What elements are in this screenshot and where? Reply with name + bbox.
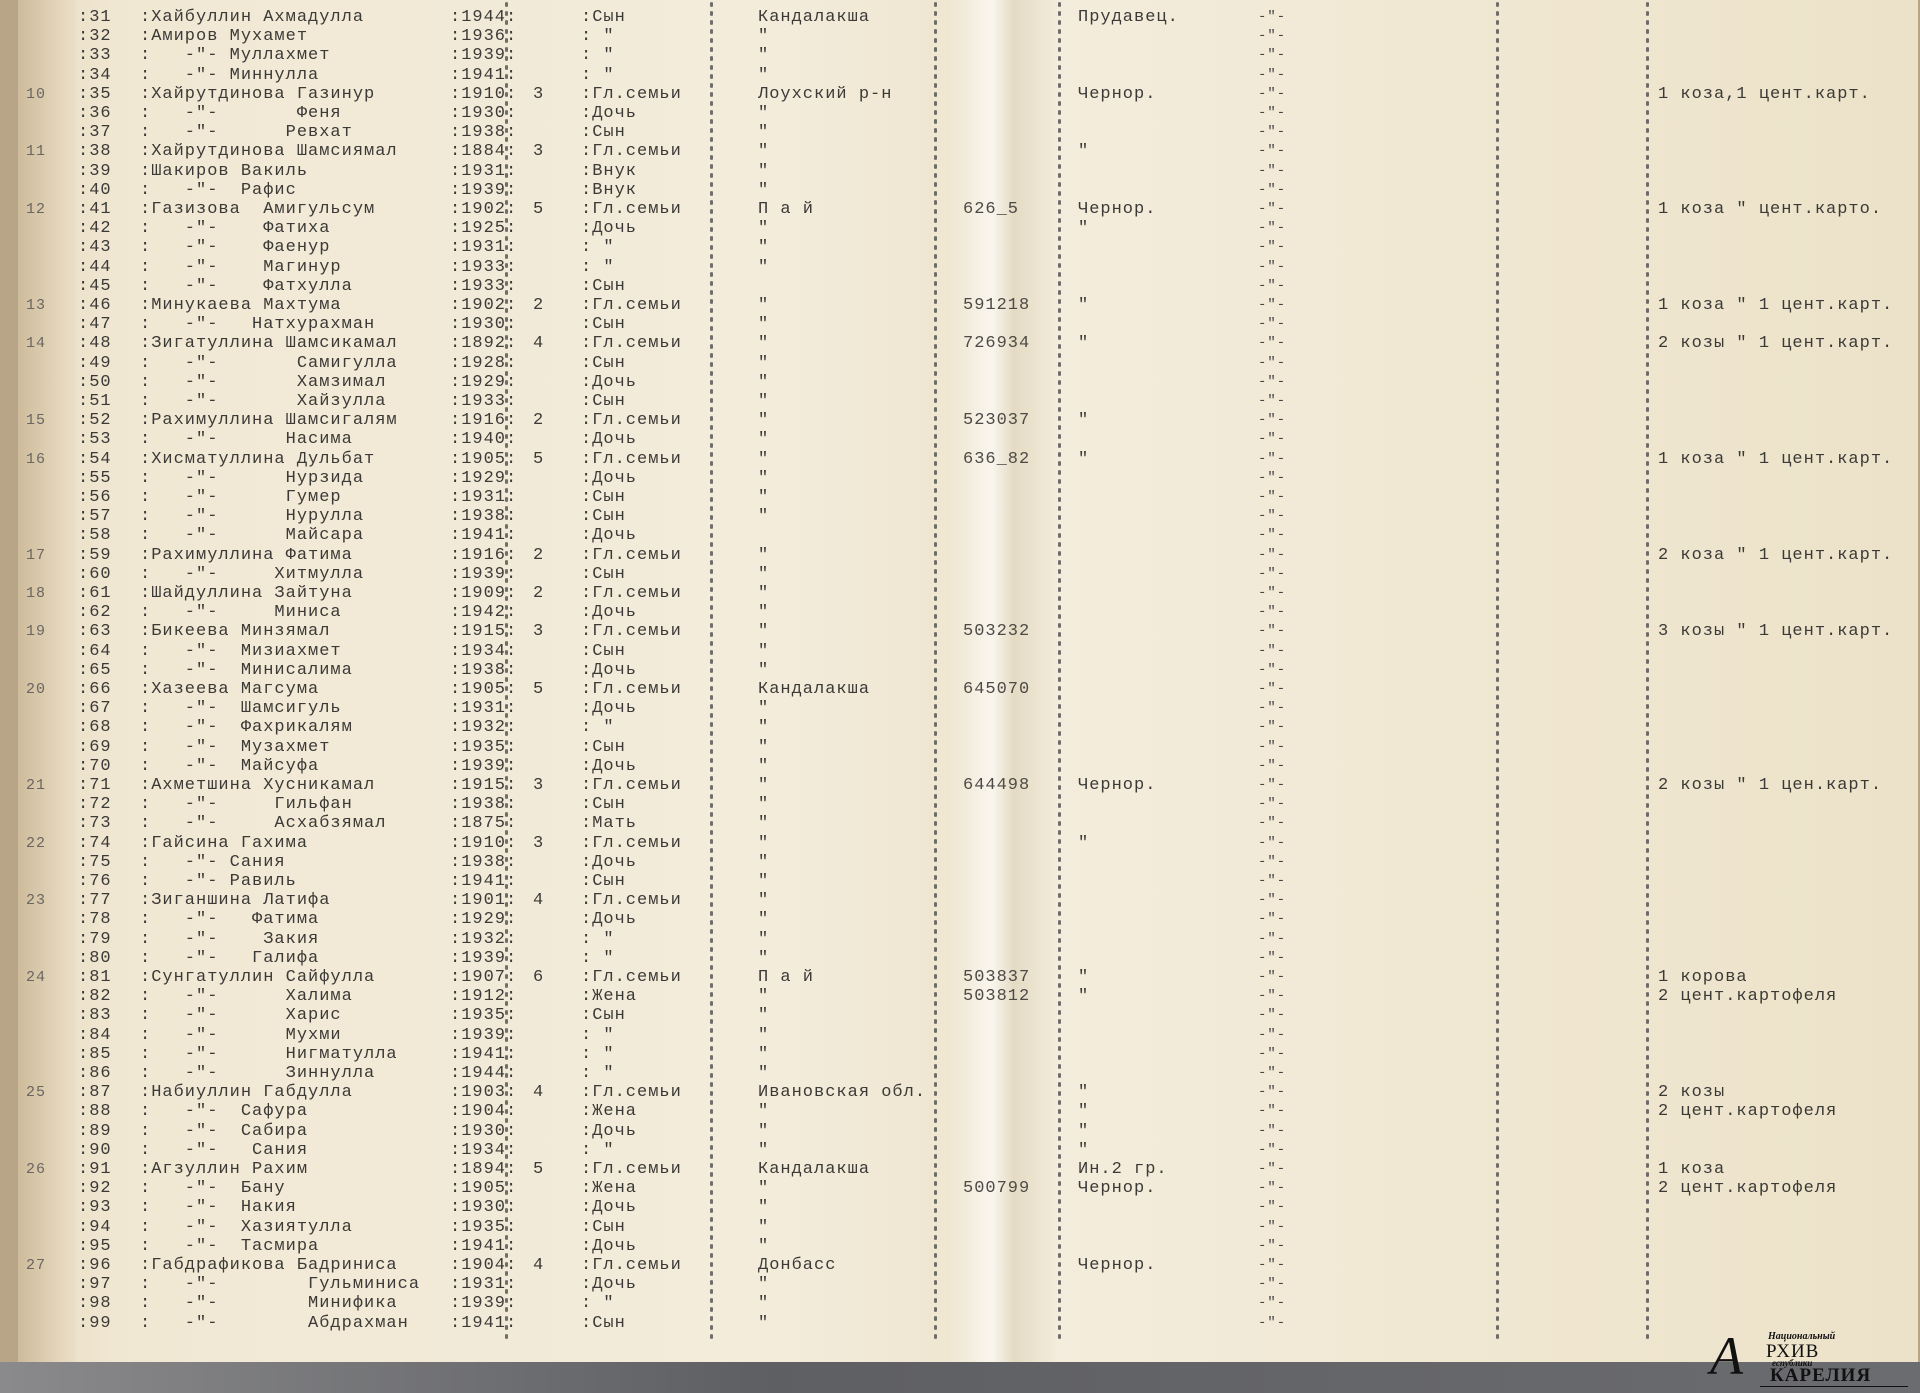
person-name: : -"- Хазиятулла bbox=[140, 1218, 353, 1237]
row-number: :94 bbox=[78, 1218, 112, 1237]
relation: :Дочь bbox=[581, 104, 637, 123]
category: Черноp. bbox=[1078, 776, 1156, 795]
row-number: :67 bbox=[78, 699, 112, 718]
ditto-mark: -"- bbox=[1258, 603, 1286, 622]
arrived-from: " bbox=[758, 296, 769, 315]
property: 2 коза " 1 цент.карт. bbox=[1658, 546, 1893, 565]
ditto-mark: -"- bbox=[1258, 891, 1286, 910]
person-name: : -"- Сания bbox=[140, 1141, 308, 1160]
row-number: :47 bbox=[78, 315, 112, 334]
birth-year: :1938: bbox=[450, 795, 517, 814]
arrived-from: " bbox=[758, 642, 769, 661]
birth-year: :1912: bbox=[450, 987, 517, 1006]
person-name: :Агзуллин Рахим bbox=[140, 1160, 308, 1179]
person-name: : -"- Рафис bbox=[140, 181, 297, 200]
person-name: :Хайрутдинова Шамсиямал bbox=[140, 142, 398, 161]
relation: : " bbox=[581, 949, 615, 968]
person-name: :Газизова Амигульсум bbox=[140, 200, 375, 219]
birth-year: :1931: bbox=[450, 1275, 517, 1294]
relation: :Гл.семьи bbox=[581, 680, 682, 699]
birth-year: :1935: bbox=[450, 738, 517, 757]
person-name: :Зиганшина Латифа bbox=[140, 891, 330, 910]
relation: :Дочь bbox=[581, 469, 637, 488]
birth-year: :1930: bbox=[450, 315, 517, 334]
family-size: 2 bbox=[533, 296, 544, 315]
row-number: :77 bbox=[78, 891, 112, 910]
property: 2 цент.картофеля bbox=[1658, 987, 1837, 1006]
person-name: : -"- Ревхат bbox=[140, 123, 353, 142]
arrived-from: " bbox=[758, 891, 769, 910]
birth-year: :1929: bbox=[450, 373, 517, 392]
birth-year: :1934: bbox=[450, 1141, 517, 1160]
person-name: : -"- Самигулла bbox=[140, 354, 398, 373]
arrived-from: " bbox=[758, 450, 769, 469]
category: " bbox=[1078, 1122, 1089, 1141]
row-number: :89 bbox=[78, 1122, 112, 1141]
relation: :Жена bbox=[581, 1102, 637, 1121]
category: " bbox=[1078, 1141, 1089, 1160]
ditto-mark: -"- bbox=[1258, 968, 1286, 987]
person-name: : -"- Равиль bbox=[140, 872, 297, 891]
relation: :Сын bbox=[581, 8, 626, 27]
property: 1 коза " 1 цент.карт. bbox=[1658, 450, 1893, 469]
person-name: :Минукаева Махтума bbox=[140, 296, 342, 315]
row-number: :48 bbox=[78, 334, 112, 353]
row-number: :60 bbox=[78, 565, 112, 584]
arrived-from: " bbox=[758, 738, 769, 757]
arrived-from: " bbox=[758, 661, 769, 680]
person-name: : -"- Насима bbox=[140, 430, 353, 449]
ditto-mark: -"- bbox=[1258, 1294, 1286, 1313]
arrived-from: " bbox=[758, 565, 769, 584]
relation: :Дочь bbox=[581, 430, 637, 449]
birth-year: :1935: bbox=[450, 1218, 517, 1237]
person-name: : -"- Гульминиса bbox=[140, 1275, 420, 1294]
arrived-from: " bbox=[758, 488, 769, 507]
arrived-from: " bbox=[758, 162, 769, 181]
person-name: : -"- Асхабзямал bbox=[140, 814, 386, 833]
row-number: :56 bbox=[78, 488, 112, 507]
relation: : " bbox=[581, 1045, 615, 1064]
family-number: 19 bbox=[26, 622, 46, 641]
ditto-mark: -"- bbox=[1258, 1083, 1286, 1102]
property: 2 козы " 1 цент.карт. bbox=[1658, 334, 1893, 353]
birth-year: :1935: bbox=[450, 1006, 517, 1025]
person-name: :Амиров Мухамет bbox=[140, 27, 308, 46]
family-number: 18 bbox=[26, 584, 46, 603]
birth-year: :1902: bbox=[450, 296, 517, 315]
row-number: :46 bbox=[78, 296, 112, 315]
relation: : " bbox=[581, 238, 615, 257]
person-name: : -"- Минифика bbox=[140, 1294, 398, 1313]
birth-year: :1875: bbox=[450, 814, 517, 833]
row-number: :41 bbox=[78, 200, 112, 219]
family-number: 24 bbox=[26, 968, 46, 987]
document-number: 523037 bbox=[963, 411, 1030, 430]
relation: :Сын bbox=[581, 565, 626, 584]
arrived-from: " bbox=[758, 930, 769, 949]
birth-year: :1939: bbox=[450, 757, 517, 776]
property: 3 козы " 1 цент.карт. bbox=[1658, 622, 1893, 641]
ditto-mark: -"- bbox=[1258, 411, 1286, 430]
arrived-from: " bbox=[758, 1045, 769, 1064]
ditto-mark: -"- bbox=[1258, 757, 1286, 776]
property: 1 коза,1 цент.карт. bbox=[1658, 85, 1871, 104]
arrived-from: " bbox=[758, 1179, 769, 1198]
ditto-mark: -"- bbox=[1258, 1198, 1286, 1217]
row-number: :83 bbox=[78, 1006, 112, 1025]
row-number: :90 bbox=[78, 1141, 112, 1160]
family-number: 12 bbox=[26, 200, 46, 219]
row-number: :31 bbox=[78, 8, 112, 27]
row-number: :82 bbox=[78, 987, 112, 1006]
category: " bbox=[1078, 834, 1089, 853]
birth-year: :1910: bbox=[450, 834, 517, 853]
property: 1 коза " цент.карто. bbox=[1658, 200, 1882, 219]
ditto-mark: -"- bbox=[1258, 142, 1286, 161]
relation: : " bbox=[581, 1026, 615, 1045]
arrived-from: " bbox=[758, 949, 769, 968]
person-name: : -"- Сабира bbox=[140, 1122, 308, 1141]
row-number: :87 bbox=[78, 1083, 112, 1102]
relation: :Гл.семьи bbox=[581, 584, 682, 603]
ditto-mark: -"- bbox=[1258, 1314, 1286, 1333]
category: Черноp. bbox=[1078, 1256, 1156, 1275]
ditto-mark: -"- bbox=[1258, 642, 1286, 661]
birth-year: :1931: bbox=[450, 162, 517, 181]
relation: :Сын bbox=[581, 277, 626, 296]
ditto-mark: -"- bbox=[1258, 1102, 1286, 1121]
birth-year: :1942: bbox=[450, 603, 517, 622]
birth-year: :1928: bbox=[450, 354, 517, 373]
category: Черноp. bbox=[1078, 200, 1156, 219]
ditto-mark: -"- bbox=[1258, 930, 1286, 949]
person-name: :Ахметшина Хусникамал bbox=[140, 776, 375, 795]
arrived-from: " bbox=[758, 1294, 769, 1313]
relation: :Дочь bbox=[581, 1122, 637, 1141]
column-rule-origin bbox=[934, 0, 937, 1340]
person-name: :Шайдуллина Зайтуна bbox=[140, 584, 353, 603]
arrived-from: " bbox=[758, 1102, 769, 1121]
family-number: 17 bbox=[26, 546, 46, 565]
person-name: : -"- Феня bbox=[140, 104, 342, 123]
category: " bbox=[1078, 968, 1089, 987]
row-number: :43 bbox=[78, 238, 112, 257]
family-number: 11 bbox=[26, 142, 46, 161]
relation: :Жена bbox=[581, 1179, 637, 1198]
person-name: : -"- Шамсигуль bbox=[140, 699, 342, 718]
person-name: :Зигатуллина Шамсикамал bbox=[140, 334, 398, 353]
relation: :Сын bbox=[581, 354, 626, 373]
relation: :Сын bbox=[581, 738, 626, 757]
property: 2 козы bbox=[1658, 1083, 1725, 1102]
relation: :Сын bbox=[581, 123, 626, 142]
ditto-mark: -"- bbox=[1258, 987, 1286, 1006]
family-size: 2 bbox=[533, 546, 544, 565]
row-number: :79 bbox=[78, 930, 112, 949]
person-name: : -"- Галифа bbox=[140, 949, 319, 968]
person-name: :Хисматуллина Дульбат bbox=[140, 450, 375, 469]
relation: :Дочь bbox=[581, 699, 637, 718]
family-number: 21 bbox=[26, 776, 46, 795]
arrived-from: " bbox=[758, 104, 769, 123]
ditto-mark: -"- bbox=[1258, 8, 1286, 27]
arrived-from: " bbox=[758, 334, 769, 353]
row-number: :92 bbox=[78, 1179, 112, 1198]
row-number: :44 bbox=[78, 258, 112, 277]
ditto-mark: -"- bbox=[1258, 85, 1286, 104]
person-name: :Набиуллин Габдулла bbox=[140, 1083, 353, 1102]
person-name: :Хазеева Магсума bbox=[140, 680, 319, 699]
ditto-mark: -"- bbox=[1258, 296, 1286, 315]
birth-year: :1944: bbox=[450, 1064, 517, 1083]
birth-year: :1884: bbox=[450, 142, 517, 161]
person-name: : -"- Фатиха bbox=[140, 219, 330, 238]
family-size: 2 bbox=[533, 411, 544, 430]
arrived-from: " bbox=[758, 27, 769, 46]
row-number: :52 bbox=[78, 411, 112, 430]
birth-year: :1909: bbox=[450, 584, 517, 603]
person-name: : -"- Майсара bbox=[140, 526, 364, 545]
birth-year: :1938: bbox=[450, 853, 517, 872]
person-name: : -"- Мухми bbox=[140, 1026, 342, 1045]
row-number: :78 bbox=[78, 910, 112, 929]
family-number: 20 bbox=[26, 680, 46, 699]
ditto-mark: -"- bbox=[1258, 1275, 1286, 1294]
person-name: : -"- Минисалима bbox=[140, 661, 353, 680]
relation: :Сын bbox=[581, 872, 626, 891]
row-number: :55 bbox=[78, 469, 112, 488]
row-number: :38 bbox=[78, 142, 112, 161]
person-name: :Гайсина Гахима bbox=[140, 834, 308, 853]
family-number: 22 bbox=[26, 834, 46, 853]
ditto-mark: -"- bbox=[1258, 1122, 1286, 1141]
birth-year: :1904: bbox=[450, 1256, 517, 1275]
relation: :Гл.семьи bbox=[581, 1256, 682, 1275]
arrived-from: " bbox=[758, 1026, 769, 1045]
relation: :Гл.семьи bbox=[581, 776, 682, 795]
row-number: :80 bbox=[78, 949, 112, 968]
person-name: : -"- Гумер bbox=[140, 488, 342, 507]
arrived-from: Кандалакша bbox=[758, 680, 870, 699]
ditto-mark: -"- bbox=[1258, 584, 1286, 603]
family-size: 4 bbox=[533, 891, 544, 910]
birth-year: :1910: bbox=[450, 85, 517, 104]
category: " bbox=[1078, 142, 1089, 161]
relation: :Гл.семьи bbox=[581, 450, 682, 469]
row-number: :95 bbox=[78, 1237, 112, 1256]
family-number: 15 bbox=[26, 411, 46, 430]
birth-year: :1940: bbox=[450, 430, 517, 449]
family-size: 3 bbox=[533, 834, 544, 853]
person-name: :Сунгатуллин Сайфулла bbox=[140, 968, 375, 987]
ditto-mark: -"- bbox=[1258, 430, 1286, 449]
property: 2 цент.картофеля bbox=[1658, 1102, 1837, 1121]
document-number: 503232 bbox=[963, 622, 1030, 641]
person-name: : -"- Зиннулла bbox=[140, 1064, 375, 1083]
arrived-from: " bbox=[758, 699, 769, 718]
relation: :Дочь bbox=[581, 603, 637, 622]
ditto-mark: -"- bbox=[1258, 277, 1286, 296]
family-number: 10 bbox=[26, 85, 46, 104]
document-number: 500799 bbox=[963, 1179, 1030, 1198]
ditto-mark: -"- bbox=[1258, 66, 1286, 85]
relation: :Гл.семьи bbox=[581, 200, 682, 219]
category: " bbox=[1078, 296, 1089, 315]
ditto-mark: -"- bbox=[1258, 373, 1286, 392]
family-number: 25 bbox=[26, 1083, 46, 1102]
arrived-from: " bbox=[758, 373, 769, 392]
birth-year: :1916: bbox=[450, 546, 517, 565]
arrived-from: " bbox=[758, 853, 769, 872]
row-number: :59 bbox=[78, 546, 112, 565]
person-name: : -"- Хамзимал bbox=[140, 373, 386, 392]
relation: : " bbox=[581, 1141, 615, 1160]
arrived-from: " bbox=[758, 834, 769, 853]
property: 1 коза " 1 цент.карт. bbox=[1658, 296, 1893, 315]
document-page: :31:Хайбуллин Ахмадулла:1944::СынКандала… bbox=[18, 0, 1918, 1362]
category: Ин.2 гр. bbox=[1078, 1160, 1168, 1179]
family-size: 3 bbox=[533, 622, 544, 641]
row-number: :64 bbox=[78, 642, 112, 661]
arrived-from: " bbox=[758, 814, 769, 833]
arrived-from: П а й bbox=[758, 200, 814, 219]
family-number: 13 bbox=[26, 296, 46, 315]
ditto-mark: -"- bbox=[1258, 776, 1286, 795]
row-number: :93 bbox=[78, 1198, 112, 1217]
relation: : " bbox=[581, 258, 615, 277]
birth-year: :1938: bbox=[450, 123, 517, 142]
family-size: 5 bbox=[533, 200, 544, 219]
arrived-from: " bbox=[758, 238, 769, 257]
ditto-mark: -"- bbox=[1258, 1026, 1286, 1045]
relation: :Сын bbox=[581, 392, 626, 411]
relation: :Сын bbox=[581, 507, 626, 526]
arrived-from: " bbox=[758, 411, 769, 430]
arrived-from: " bbox=[758, 1198, 769, 1217]
column-rule-property bbox=[1646, 0, 1649, 1340]
relation: :Дочь bbox=[581, 661, 637, 680]
document-number: 503837 bbox=[963, 968, 1030, 987]
category: Прудавец. bbox=[1078, 8, 1179, 27]
arrived-from: Кандалакша bbox=[758, 1160, 870, 1179]
row-number: :98 bbox=[78, 1294, 112, 1313]
ditto-mark: -"- bbox=[1258, 910, 1286, 929]
relation: :Гл.семьи bbox=[581, 834, 682, 853]
row-number: :58 bbox=[78, 526, 112, 545]
arrived-from: " bbox=[758, 507, 769, 526]
arrived-from: " bbox=[758, 1218, 769, 1237]
row-number: :65 bbox=[78, 661, 112, 680]
arrived-from: " bbox=[758, 1314, 769, 1333]
row-number: :86 bbox=[78, 1064, 112, 1083]
person-name: :Хайбуллин Ахмадулла bbox=[140, 8, 364, 27]
birth-year: :1936: bbox=[450, 27, 517, 46]
birth-year: :1938: bbox=[450, 661, 517, 680]
row-number: :39 bbox=[78, 162, 112, 181]
row-number: :32 bbox=[78, 27, 112, 46]
birth-year: :1939: bbox=[450, 46, 517, 65]
ditto-mark: -"- bbox=[1258, 1256, 1286, 1275]
birth-year: :1941: bbox=[450, 526, 517, 545]
relation: : " bbox=[581, 46, 615, 65]
birth-year: :1915: bbox=[450, 622, 517, 641]
ditto-mark: -"- bbox=[1258, 1179, 1286, 1198]
birth-year: :1941: bbox=[450, 1045, 517, 1064]
category: " bbox=[1078, 450, 1089, 469]
birth-year: :1941: bbox=[450, 1237, 517, 1256]
row-number: :45 bbox=[78, 277, 112, 296]
row-number: :35 bbox=[78, 85, 112, 104]
person-name: : -"- Фаенур bbox=[140, 238, 330, 257]
ditto-mark: -"- bbox=[1258, 1064, 1286, 1083]
row-number: :99 bbox=[78, 1314, 112, 1333]
family-size: 4 bbox=[533, 1083, 544, 1102]
family-number: 26 bbox=[26, 1160, 46, 1179]
ditto-mark: -"- bbox=[1258, 238, 1286, 257]
birth-year: :1931: bbox=[450, 488, 517, 507]
ditto-mark: -"- bbox=[1258, 46, 1286, 65]
birth-year: :1938: bbox=[450, 507, 517, 526]
row-number: :42 bbox=[78, 219, 112, 238]
arrived-from: " bbox=[758, 718, 769, 737]
row-number: :62 bbox=[78, 603, 112, 622]
row-number: :96 bbox=[78, 1256, 112, 1275]
ditto-mark: -"- bbox=[1258, 354, 1286, 373]
arrived-from: " bbox=[758, 622, 769, 641]
birth-year: :1939: bbox=[450, 565, 517, 584]
birth-year: :1929: bbox=[450, 469, 517, 488]
relation: :Гл.семьи bbox=[581, 142, 682, 161]
family-size: 3 bbox=[533, 776, 544, 795]
family-number: 23 bbox=[26, 891, 46, 910]
row-number: :74 bbox=[78, 834, 112, 853]
arrived-from: " bbox=[758, 123, 769, 142]
arrived-from: " bbox=[758, 1237, 769, 1256]
logo-initial: А bbox=[1710, 1325, 1743, 1387]
row-number: :37 bbox=[78, 123, 112, 142]
person-name: : -"- Муллахмет bbox=[140, 46, 330, 65]
property: 1 корова bbox=[1658, 968, 1748, 987]
column-rule-doc bbox=[1058, 0, 1061, 1340]
document-number: 636_82 bbox=[963, 450, 1030, 469]
relation: :Дочь bbox=[581, 853, 637, 872]
birth-year: :1905: bbox=[450, 680, 517, 699]
relation: :Внук bbox=[581, 181, 637, 200]
ditto-mark: -"- bbox=[1258, 181, 1286, 200]
row-number: :69 bbox=[78, 738, 112, 757]
ditto-mark: -"- bbox=[1258, 1141, 1286, 1160]
relation: :Внук bbox=[581, 162, 637, 181]
row-number: :40 bbox=[78, 181, 112, 200]
arrived-from: " bbox=[758, 392, 769, 411]
ditto-mark: -"- bbox=[1258, 814, 1286, 833]
relation: :Дочь bbox=[581, 1198, 637, 1217]
birth-year: :1925: bbox=[450, 219, 517, 238]
relation: : " bbox=[581, 1294, 615, 1313]
birth-year: :1905: bbox=[450, 450, 517, 469]
row-number: :34 bbox=[78, 66, 112, 85]
ditto-mark: -"- bbox=[1258, 315, 1286, 334]
person-name: : -"- Сафура bbox=[140, 1102, 308, 1121]
category: " bbox=[1078, 334, 1089, 353]
birth-year: :1904: bbox=[450, 1102, 517, 1121]
row-number: :70 bbox=[78, 757, 112, 776]
ditto-mark: -"- bbox=[1258, 661, 1286, 680]
document-number: 726934 bbox=[963, 334, 1030, 353]
relation: :Гл.семьи bbox=[581, 546, 682, 565]
document-number: 645070 bbox=[963, 680, 1030, 699]
